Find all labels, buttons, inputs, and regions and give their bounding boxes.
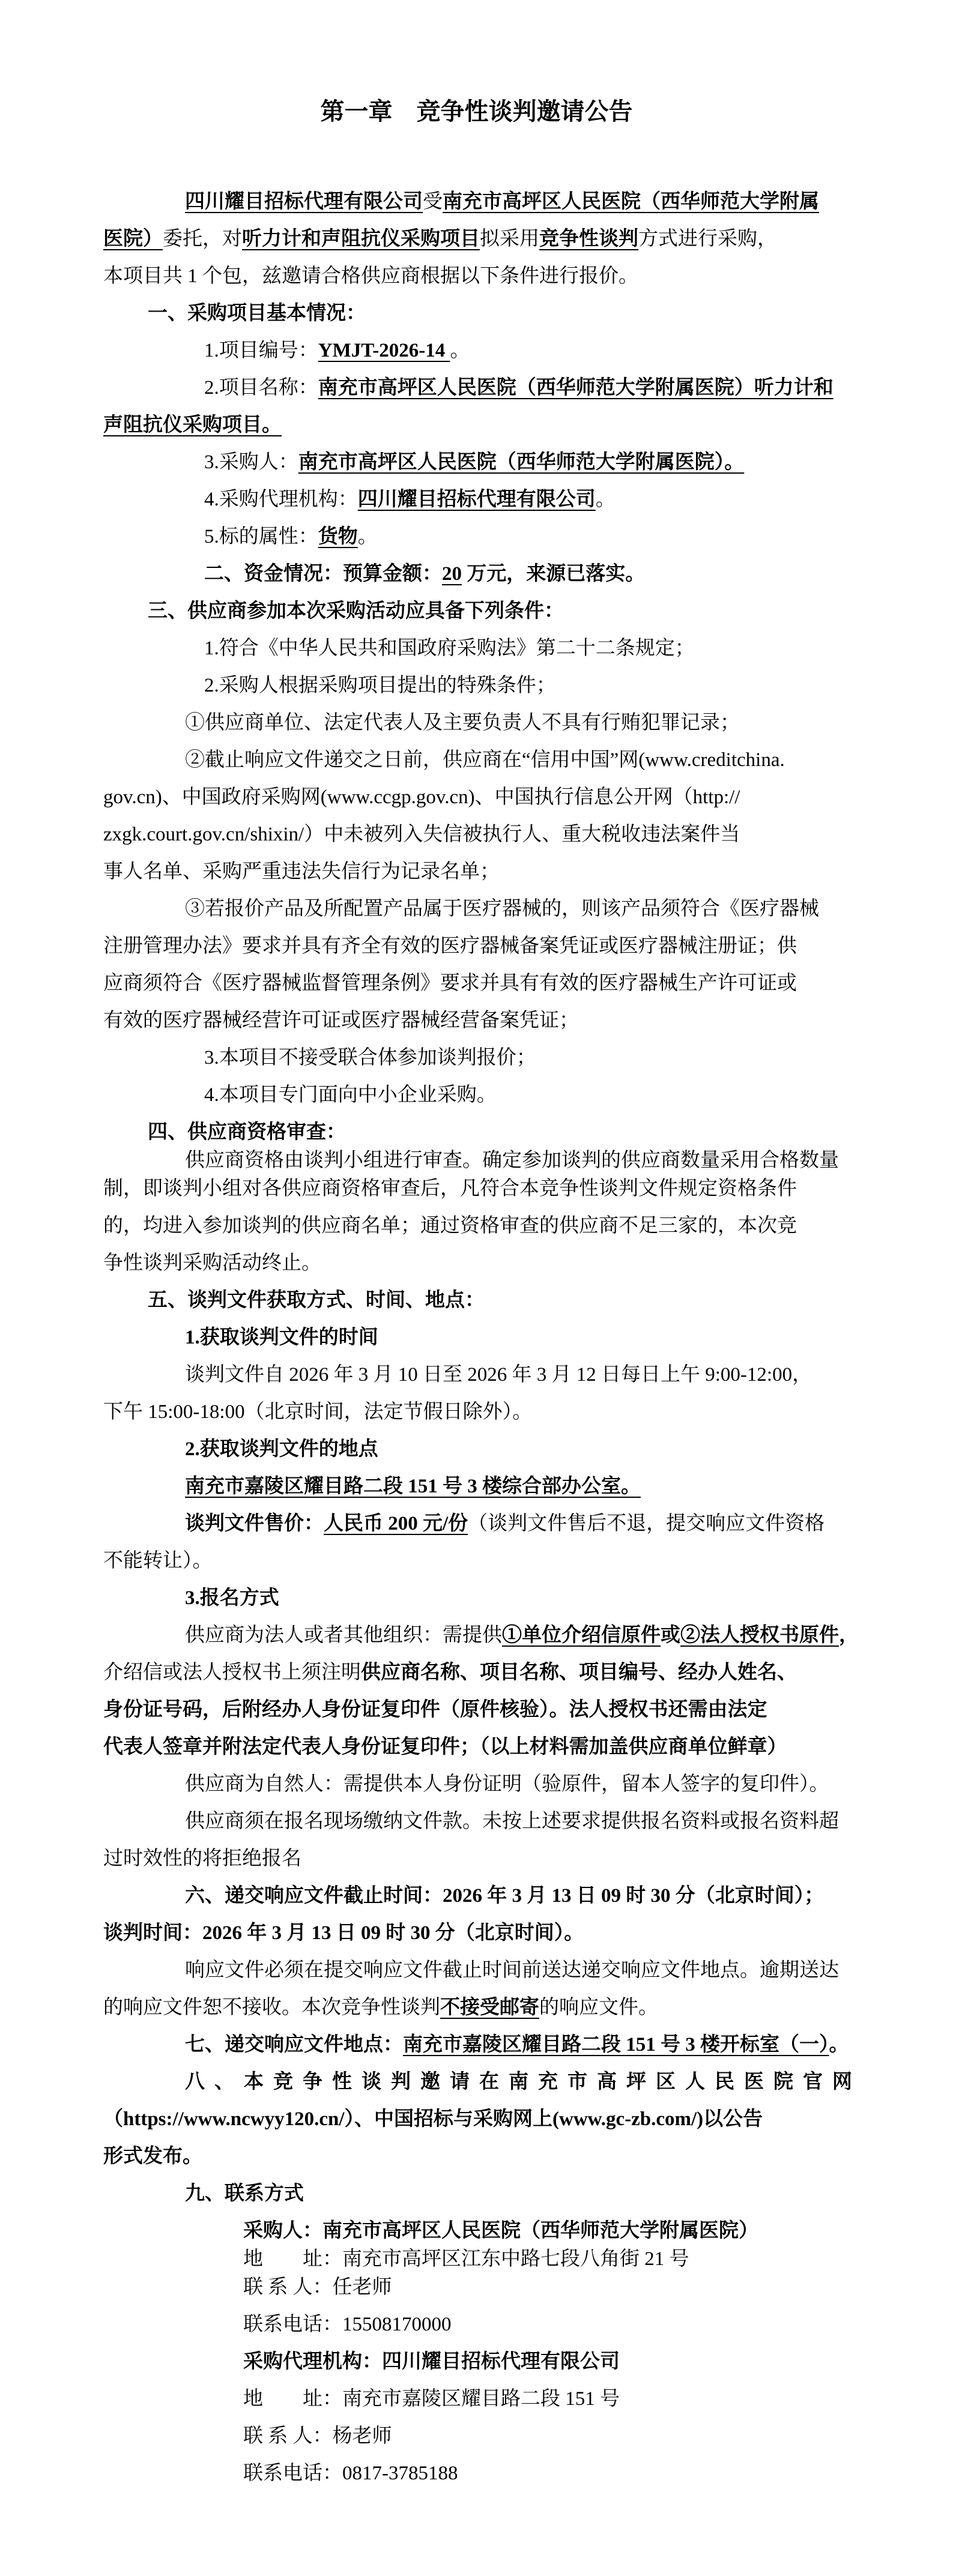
text-run: 。 [596, 489, 616, 510]
text-run: 方式进行采购， [638, 228, 777, 250]
doc-line: （https://www.ncwyy120.cn/）、中国招标与采购网上(www… [103, 2101, 850, 2138]
text-run: 地 址：南充市高坪区江东中路七段八角街 21 号 [243, 2248, 689, 2270]
doc-line: ①供应商单位、法定代表人及主要负责人不具有行贿犯罪记录； [103, 704, 850, 741]
text-run: 2.获取谈判文件的地点 [185, 1438, 378, 1460]
text-run: 谈判文件自 2026 年 3 月 10 日至 2026 年 3 月 12 日每日… [185, 1364, 812, 1386]
doc-line: 供应商须在报名现场缴纳文件款。未按上述要求提供报名资料或报名资料超 [103, 1803, 850, 1840]
doc-line: 形式发布。 [103, 2138, 850, 2175]
doc-line: 的，均进入参加谈判的供应商名单；通过资格审查的供应商不足三家的，本次竞 [103, 1207, 850, 1244]
text-run: 响应文件必须在提交响应文件截止时间前送达递交响应文件地点。逾期送达 [185, 1959, 839, 1981]
text-run: gov.cn)、中国政府采购网(www.ccgp.gov.cn)、中国执行信息公… [103, 786, 740, 808]
text-run: 联 系 人：杨老师 [243, 2425, 392, 2447]
text-run: 本项目共 1 个包，兹邀请合格供应商根据以下条件进行报价。 [103, 265, 638, 287]
text-run: 三、供应商参加本次采购活动应具备下列条件： [148, 600, 564, 622]
doc-line: 争性谈判采购活动终止。 [103, 1244, 850, 1282]
text-run: 竞争性谈判 [539, 228, 638, 250]
text-run: ③若报价产品及所配置产品属于医疗器械的，则该产品须符合《医疗器械 [185, 898, 819, 920]
text-run: 万元，来源已落实。 [462, 563, 645, 585]
doc-line: 七、递交响应文件地点：南充市嘉陵区耀目路二段 151 号 3 楼开标室（一）。 [103, 2026, 850, 2063]
text-run: 南充市高坪区人民医院（西华师范大学附属医院）听力计和 [318, 377, 833, 399]
document-page: 第一章 竞争性谈判邀请公告 四川耀目招标代理有限公司受南充市高坪区人民医院（西华… [0, 0, 953, 2576]
text-run: 。 [358, 526, 378, 547]
text-run: 七、递交响应文件地点： [185, 2034, 403, 2056]
text-run: 南充市嘉陵区耀目路二段 151 号 3 楼综合部办公室。 [185, 1476, 641, 1497]
text-run: YMJT-2026-14 [318, 340, 450, 361]
text-run: 身份证号码，后附经办人身份证复印件（原件核验）。法人授权书还需由法定 [103, 1699, 767, 1721]
text-run: 争性谈判采购活动终止。 [103, 1252, 321, 1274]
doc-line: 联系电话：0817-3785188 [103, 2455, 850, 2492]
text-run: 四川耀目招标代理有限公司 [358, 489, 596, 510]
text-run: 供应商须在报名现场缴纳文件款。未按上述要求提供报名资料或报名资料超 [185, 1811, 839, 1832]
doc-line: 六、递交响应文件截止时间：2026 年 3 月 13 日 09 时 30 分（北… [103, 1877, 850, 1914]
text-run: 应商须符合《医疗器械监督管理条例》要求并具有有效的医疗器械生产许可证或 [103, 973, 797, 994]
doc-line: 4.本项目专门面向中小企业采购。 [103, 1076, 850, 1114]
text-run: 1.项目编号： [204, 340, 318, 361]
doc-line: 声阻抗仪采购项目。 [103, 406, 850, 444]
text-run: 人民币 200 元/份 [324, 1513, 468, 1534]
text-run: 一、采购项目基本情况： [148, 303, 366, 324]
doc-line: 供应商资格由谈判小组进行审查。确定参加谈判的供应商数量采用合格数量 [103, 1151, 850, 1170]
text-run: 5.标的属性： [204, 526, 318, 547]
text-run: 医院） [103, 228, 163, 250]
text-run: 下午 15:00-18:00（北京时间，法定节假日除外）。 [103, 1401, 532, 1423]
doc-line: 联系电话：15508170000 [103, 2306, 850, 2343]
text-run: 听力计和声阻抗仪采购项目 [242, 228, 480, 250]
text-run: 制，即谈判小组对各供应商资格审查后，凡符合本竞争性谈判文件规定资格条件 [103, 1178, 797, 1199]
text-run: 3.本项目不接受联合体参加谈判报价； [204, 1047, 536, 1069]
doc-line: zxgk.court.gov.cn/shixin/）中未被列入失信被执行人、重大… [103, 816, 850, 853]
doc-line: ③若报价产品及所配置产品属于医疗器械的，则该产品须符合《医疗器械 [103, 890, 850, 928]
text-run: （https://www.ncwyy120.cn/）、中国招标与采购网上(www… [103, 2108, 763, 2130]
text-run: 六、递交响应文件截止时间：2026 年 3 月 13 日 09 时 30 分（北… [185, 1885, 824, 1907]
text-run: 介绍信或法人授权书上须注明 [103, 1662, 361, 1683]
doc-line: 二、资金情况：预算金额：20 万元，来源已落实。 [103, 555, 850, 593]
text-run: 货物 [318, 526, 358, 547]
text-run: ②截止响应文件递交之日前，供应商在“信用中国”网(www.creditchina… [185, 749, 785, 771]
text-run: 的响应文件。 [539, 1997, 658, 2018]
doc-line: 谈判文件自 2026 年 3 月 10 日至 2026 年 3 月 12 日每日… [103, 1356, 850, 1393]
doc-line: 有效的医疗器械经营许可证或医疗器械经营备案凭证； [103, 1002, 850, 1039]
text-run: 3.采购人： [204, 451, 298, 473]
text-run: 委托，对 [163, 228, 242, 250]
text-run: 供应商为法人或者其他组织：需提供 [185, 1624, 502, 1646]
doc-line: 八、本竞争性谈判邀请在南充市高坪区人民医院官网 [103, 2063, 850, 2101]
text-run: 代表人签章并附法定代表人身份证复印件；（以上材料需加盖供应商单位鲜章） [103, 1736, 787, 1758]
doc-line: gov.cn)、中国政府采购网(www.ccgp.gov.cn)、中国执行信息公… [103, 779, 850, 816]
text-run: 1.获取谈判文件的时间 [185, 1327, 378, 1348]
text-run: 3.报名方式 [185, 1587, 279, 1609]
text-run: 谈判时间：2026 年 3 月 13 日 09 时 30 分（北京时间）。 [103, 1922, 584, 1944]
text-run: 4.本项目专门面向中小企业采购。 [204, 1084, 497, 1106]
text-run: 不接受邮寄 [440, 1997, 539, 2018]
text-run: 八、本竞争性谈判邀请在南充市高坪区人民医院官网 [185, 2071, 862, 2093]
doc-line: 四川耀目招标代理有限公司受南充市高坪区人民医院（西华师范大学附属 [103, 183, 850, 220]
doc-line: 本项目共 1 个包，兹邀请合格供应商根据以下条件进行报价。 [103, 258, 850, 295]
text-run: ①供应商单位、法定代表人及主要负责人不具有行贿犯罪记录； [185, 712, 740, 734]
text-run: 联系电话：0817-3785188 [243, 2463, 458, 2484]
doc-line: 3.采购人：南充市高坪区人民医院（西华师范大学附属医院）。 [103, 444, 850, 481]
text-run: 南充市高坪区人民医院（西华师范大学附属 [443, 191, 819, 213]
doc-line: 5.标的属性：货物。 [103, 518, 850, 555]
text-run: 联 系 人：任老师 [243, 2276, 392, 2298]
doc-line: 下午 15:00-18:00（北京时间，法定节假日除外）。 [103, 1393, 850, 1431]
text-run: 供应商为自然人：需提供本人身份证明（验原件，留本人签字的复印件）。 [185, 1773, 829, 1795]
doc-line: 九、联系方式 [103, 2175, 850, 2212]
text-run: 采购代理机构：四川耀目招标代理有限公司 [243, 2351, 620, 2372]
text-run: 或 [661, 1624, 680, 1646]
text-run: 的，均进入参加谈判的供应商名单；通过资格审查的供应商不足三家的，本次竞 [103, 1215, 797, 1237]
doc-line: 2.获取谈判文件的地点 [103, 1431, 850, 1468]
text-run: 形式发布。 [103, 2146, 202, 2167]
doc-line: 应商须符合《医疗器械监督管理条例》要求并具有有效的医疗器械生产许可证或 [103, 965, 850, 1002]
doc-line: 的响应文件恕不接收。本次竞争性谈判不接受邮寄的响应文件。 [103, 1989, 850, 2026]
text-run: 。 [829, 2034, 849, 2056]
doc-line: 4.采购代理机构：四川耀目招标代理有限公司。 [103, 481, 850, 518]
text-run: 的响应文件恕不接收。本次竞争性谈判 [103, 1997, 440, 2018]
text-run: （谈判文件售后不退，提交响应文件资格 [468, 1513, 824, 1534]
text-run: 事人名单、采购严重违法失信行为记录名单； [103, 861, 500, 882]
text-run: 四川耀目招标代理有限公司 [185, 191, 423, 213]
doc-line: 地 址：南充市高坪区江东中路七段八角街 21 号 [103, 2249, 850, 2269]
doc-line: 2.采购人根据采购项目提出的特殊条件； [103, 667, 850, 704]
text-run: 四、供应商资格审查： [148, 1121, 346, 1143]
text-run: 南充市高坪区人民医院（西华师范大学附属医院）。 [298, 451, 745, 473]
doc-line: 地 址：南充市嘉陵区耀目路二段 151 号 [103, 2380, 850, 2418]
doc-line: 身份证号码，后附经办人身份证复印件（原件核验）。法人授权书还需由法定 [103, 1691, 850, 1728]
doc-line: 南充市嘉陵区耀目路二段 151 号 3 楼综合部办公室。 [103, 1468, 850, 1505]
text-run: 地 址：南充市嘉陵区耀目路二段 151 号 [243, 2388, 620, 2410]
doc-line: 事人名单、采购严重违法失信行为记录名单； [103, 853, 850, 890]
doc-line: 供应商为自然人：需提供本人身份证明（验原件，留本人签字的复印件）。 [103, 1766, 850, 1803]
doc-line: 过时效性的将拒绝报名 [103, 1840, 850, 1877]
text-run: 供应商资格由谈判小组进行审查。确定参加谈判的供应商数量采用合格数量 [185, 1150, 839, 1171]
text-run: 谈判文件售价： [185, 1513, 324, 1534]
text-run: 20 [442, 563, 462, 585]
text-run: ②法人授权书原件 [680, 1624, 839, 1646]
doc-line: 一、采购项目基本情况： [103, 295, 850, 332]
text-run: 九、联系方式 [185, 2183, 304, 2204]
text-run: 供应商名称、项目名称、项目编号、经办人姓名、 [361, 1662, 797, 1683]
doc-line: 1.符合《中华人民共和国政府采购法》第二十二条规定； [103, 630, 850, 667]
doc-line: 联 系 人：杨老师 [103, 2418, 850, 2455]
doc-line: 制，即谈判小组对各供应商资格审查后，凡符合本竞争性谈判文件规定资格条件 [103, 1170, 850, 1207]
doc-line: 四、供应商资格审查： [103, 1114, 850, 1151]
doc-line: ②截止响应文件递交之日前，供应商在“信用中国”网(www.creditchina… [103, 741, 850, 779]
doc-line: 注册管理办法》要求并具有齐全有效的医疗器械备案凭证或医疗器械注册证；供 [103, 928, 850, 965]
doc-line: 响应文件必须在提交响应文件截止时间前送达递交响应文件地点。逾期送达 [103, 1952, 850, 1989]
text-run: 过时效性的将拒绝报名 [103, 1848, 301, 1869]
text-run: 采购人：南充市高坪区人民医院（西华师范大学附属医院） [243, 2220, 758, 2242]
text-run: ①单位介绍信原件 [502, 1624, 661, 1646]
doc-line: 谈判时间：2026 年 3 月 13 日 09 时 30 分（北京时间）。 [103, 1914, 850, 1952]
page-title: 第一章 竞争性谈判邀请公告 [103, 93, 850, 130]
text-run: 有效的医疗器械经营许可证或医疗器械经营备案凭证； [103, 1010, 579, 1031]
doc-line: 供应商为法人或者其他组织：需提供①单位介绍信原件或②法人授权书原件， [103, 1617, 850, 1654]
doc-line: 谈判文件售价：人民币 200 元/份（谈判文件售后不退，提交响应文件资格 [103, 1505, 850, 1542]
doc-line: 医院）委托，对听力计和声阻抗仪采购项目拟采用竞争性谈判方式进行采购， [103, 220, 850, 258]
text-run: 二、资金情况：预算金额： [204, 563, 442, 585]
doc-line: 采购人：南充市高坪区人民医院（西华师范大学附属医院） [103, 2212, 850, 2249]
text-run: 不能转让）。 [103, 1550, 213, 1572]
doc-line: 介绍信或法人授权书上须注明供应商名称、项目名称、项目编号、经办人姓名、 [103, 1654, 850, 1691]
text-run: 4.采购代理机构： [204, 489, 358, 510]
doc-line: 三、供应商参加本次采购活动应具备下列条件： [103, 593, 850, 630]
doc-line: 2.项目名称：南充市高坪区人民医院（西华师范大学附属医院）听力计和 [103, 369, 850, 406]
text-run: 拟采用 [480, 228, 539, 250]
text-run: 。 [450, 340, 470, 361]
text-run: 2.项目名称： [204, 377, 318, 399]
text-run: 南充市嘉陵区耀目路二段 151 号 3 楼开标室（一） [403, 2034, 829, 2056]
doc-line: 代表人签章并附法定代表人身份证复印件；（以上材料需加盖供应商单位鲜章） [103, 1728, 850, 1766]
doc-line: 1.获取谈判文件的时间 [103, 1319, 850, 1356]
text-run: zxgk.court.gov.cn/shixin/）中未被列入失信被执行人、重大… [103, 824, 740, 845]
doc-line: 3.报名方式 [103, 1579, 850, 1617]
text-run: 1.符合《中华人民共和国政府采购法》第二十二条规定； [204, 638, 695, 659]
text-run: 声阻抗仪采购项目。 [103, 414, 282, 436]
text-run: 联系电话：15508170000 [243, 2314, 452, 2335]
doc-line: 3.本项目不接受联合体参加谈判报价； [103, 1039, 850, 1076]
text-run: 受 [423, 191, 443, 213]
document-body: 四川耀目招标代理有限公司受南充市高坪区人民医院（西华师范大学附属医院）委托，对听… [103, 183, 850, 2492]
doc-line: 五、谈判文件获取方式、时间、地点： [103, 1282, 850, 1319]
text-run: 2.采购人根据采购项目提出的特殊条件； [204, 675, 556, 696]
doc-line: 1.项目编号：YMJT-2026-14 。 [103, 332, 850, 369]
doc-line: 采购代理机构：四川耀目招标代理有限公司 [103, 2343, 850, 2380]
text-run: ， [839, 1624, 859, 1646]
doc-line: 联 系 人：任老师 [103, 2269, 850, 2306]
text-run: 注册管理办法》要求并具有齐全有效的医疗器械备案凭证或医疗器械注册证；供 [103, 935, 797, 957]
doc-line: 不能转让）。 [103, 1542, 850, 1579]
text-run: 五、谈判文件获取方式、时间、地点： [148, 1290, 485, 1311]
